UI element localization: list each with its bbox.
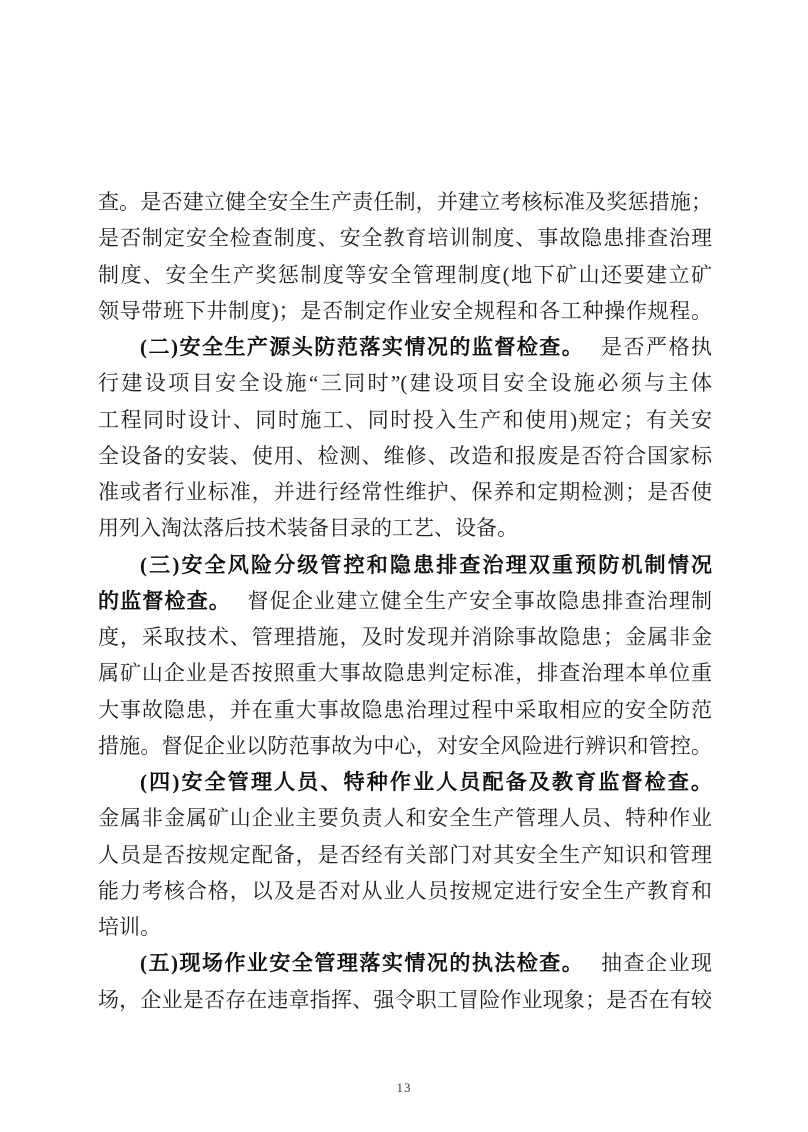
text-line: 培训。 [98, 909, 712, 945]
heading-text-segment: (三)安全风险分级管控和隐患排查治理双重预防机制情况 [140, 553, 712, 577]
heading-text-segment: (五)现场作业安全管理落实情况的执法检查。 [140, 951, 584, 975]
body-text-segment: 全设备的安装、使用、检测、维修、改造和报废是否符合国家标 [98, 444, 712, 468]
text-line: 全设备的安装、使用、检测、维修、改造和报废是否符合国家标 [98, 438, 712, 474]
document-body: 查。是否建立健全安全生产责任制，并建立考核标准及奖惩措施；是否制定安全检查制度、… [98, 184, 712, 1018]
text-line: 行建设项目安全设施“三同时”(建设项目安全设施必须与主体 [98, 365, 712, 401]
text-line: (五)现场作业安全管理落实情况的执法检查。 抽查企业现 [98, 945, 712, 981]
body-text-segment: 大事故隐患，并在重大事故隐患治理过程中采取相应的安全防范 [98, 698, 712, 722]
body-text-segment: 准或者行业标准，并进行经常性维护、保养和定期检测；是否使 [98, 480, 712, 504]
body-text-segment: 金属非金属矿山企业主要负责人和安全生产管理人员、特种作业 [98, 806, 712, 830]
text-line: 大事故隐患，并在重大事故隐患治理过程中采取相应的安全防范 [98, 692, 712, 728]
text-line: 准或者行业标准，并进行经常性维护、保养和定期检测；是否使 [98, 474, 712, 510]
document-page: 查。是否建立健全安全生产责任制，并建立考核标准及奖惩措施；是否制定安全检查制度、… [0, 0, 808, 1132]
text-line: 人员是否按规定配备，是否经有关部门对其安全生产知识和管理 [98, 837, 712, 873]
body-text-segment: 用列入淘汰落后技术装备目录的工艺、设备。 [98, 516, 518, 540]
text-line: (三)安全风险分级管控和隐患排查治理双重预防机制情况 [98, 547, 712, 583]
body-text-segment: 场，企业是否存在违章指挥、强令职工冒险作业现象；是否在有较 [98, 988, 712, 1012]
body-text-segment: 属矿山企业是否按照重大事故隐患判定标准，排查治理本单位重 [98, 661, 712, 685]
body-text-segment: 措施。督促企业以防范事故为中心，对安全风险进行辨识和管控。 [98, 734, 712, 758]
text-line: 的监督检查。 督促企业建立健全生产安全事故隐患排查治理制 [98, 583, 712, 619]
text-line: (四)安全管理人员、特种作业人员配备及教育监督检查。 [98, 764, 712, 800]
paragraph-indent [98, 353, 140, 354]
body-text-segment: 抽查企业现 [584, 951, 712, 975]
paragraph-indent [98, 788, 140, 789]
text-line: 金属非金属矿山企业主要负责人和安全生产管理人员、特种作业 [98, 800, 712, 836]
text-line: 属矿山企业是否按照重大事故隐患判定标准，排查治理本单位重 [98, 655, 712, 691]
text-line: (二)安全生产源头防范落实情况的监督检查。 是否严格执 [98, 329, 712, 365]
body-text-segment: 是否严格执 [584, 335, 712, 359]
text-line: 领导带班下井制度)；是否制定作业安全规程和各工种操作规程。 [98, 293, 712, 329]
text-line: 工程同时设计、同时施工、同时投入生产和使用)规定；有关安 [98, 402, 712, 438]
text-line: 用列入淘汰落后技术装备目录的工艺、设备。 [98, 510, 712, 546]
body-text-segment: 能力考核合格，以及是否对从业人员按规定进行安全生产教育和 [98, 879, 712, 903]
paragraph-indent [98, 571, 140, 572]
page-number: 13 [0, 1080, 808, 1096]
text-line: 是否制定安全检查制度、安全教育培训制度、事故隐患排查治理 [98, 220, 712, 256]
text-line: 措施。督促企业以防范事故为中心，对安全风险进行辨识和管控。 [98, 728, 712, 764]
body-text-segment: 制度、安全生产奖惩制度等安全管理制度(地下矿山还要建立矿 [98, 263, 712, 287]
text-line: 查。是否建立健全安全生产责任制，并建立考核标准及奖惩措施； [98, 184, 712, 220]
body-text-segment: 培训。 [98, 915, 161, 939]
body-text-segment: 行建设项目安全设施“三同时”(建设项目安全设施必须与主体 [98, 371, 712, 395]
body-text-segment: 度，采取技术、管理措施，及时发现并消除事故隐患；金属非金 [98, 625, 712, 649]
body-text-segment: 工程同时设计、同时施工、同时投入生产和使用)规定；有关安 [98, 408, 712, 432]
text-line: 制度、安全生产奖惩制度等安全管理制度(地下矿山还要建立矿 [98, 257, 712, 293]
paragraph-indent [98, 969, 140, 970]
heading-text-segment: (四)安全管理人员、特种作业人员配备及教育监督检查。 [140, 770, 712, 794]
body-text-segment: 查。是否建立健全安全生产责任制，并建立考核标准及奖惩措施； [98, 190, 712, 214]
body-text-segment: 人员是否按规定配备，是否经有关部门对其安全生产知识和管理 [98, 843, 712, 867]
body-text-segment: 是否制定安全检查制度、安全教育培训制度、事故隐患排查治理 [98, 226, 712, 250]
body-text-segment: 领导带班下井制度)；是否制定作业安全规程和各工种操作规程。 [98, 299, 712, 323]
text-line: 场，企业是否存在违章指挥、强令职工冒险作业现象；是否在有较 [98, 982, 712, 1018]
text-line: 度，采取技术、管理措施，及时发现并消除事故隐患；金属非金 [98, 619, 712, 655]
body-text-segment: 督促企业建立健全生产安全事故隐患排查治理制 [231, 589, 712, 613]
heading-text-segment: 的监督检查。 [98, 589, 231, 613]
text-line: 能力考核合格，以及是否对从业人员按规定进行安全生产教育和 [98, 873, 712, 909]
heading-text-segment: (二)安全生产源头防范落实情况的监督检查。 [140, 335, 584, 359]
